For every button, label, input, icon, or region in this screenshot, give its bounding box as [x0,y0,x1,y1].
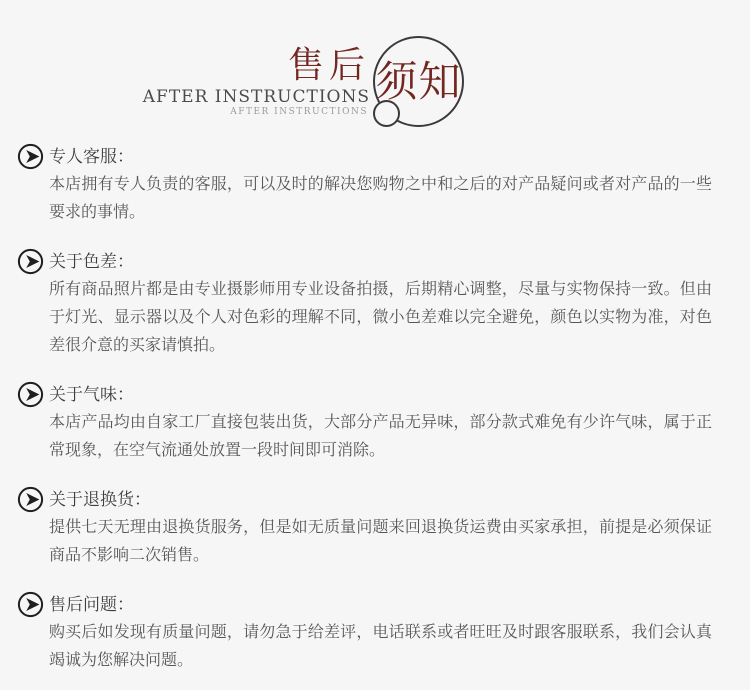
section-heading: 关于退换货： [49,486,712,514]
section-content: 关于气味： 本店产品均由自家工厂直接包装出货，大部分产品无异味，部分款式难免有少… [49,381,712,465]
after-sales-header: 售后 须知 AFTER INSTRUCTIONS AFTER INSTRUCTI… [0,0,750,130]
section-body: 本店拥有专人负责的客服，可以及时的解决您购物之中和之后的对产品疑问或者对产品的一… [49,171,712,227]
section-body: 提供七天无理由退换货服务，但是如无质量问题来回退换货运费由买家承担，前提是必须保… [49,514,712,570]
arrow-right-circle-icon [17,248,44,275]
header-subtitle-en: AFTER INSTRUCTIONS [143,87,370,107]
section-customer-service: 专人客服： 本店拥有专人负责的客服，可以及时的解决您购物之中和之后的对产品疑问或… [17,143,712,227]
arrow-right-circle-icon [17,381,44,408]
header-small-circle-decoration [373,100,400,127]
arrow-right-circle-icon [17,591,44,618]
header-title-cn: 售后 [288,48,370,84]
section-odor: 关于气味： 本店产品均由自家工厂直接包装出货，大部分产品无异味，部分款式难免有少… [17,381,712,465]
header-title-cn-circle: 须知 [375,61,461,103]
after-sales-sections: 专人客服： 本店拥有专人负责的客服，可以及时的解决您购物之中和之后的对产品疑问或… [0,130,750,675]
arrow-right-circle-icon [17,486,44,513]
section-heading: 关于色差： [49,248,712,276]
header-subtitle-en-small: AFTER INSTRUCTIONS [230,107,368,117]
section-body: 所有商品照片都是由专业摄影师用专业设备拍摄，后期精心调整，尽量与实物保持一致。但… [49,276,712,360]
section-body: 购买后如发现有质量问题，请勿急于给差评，电话联系或者旺旺及时跟客服联系，我们会认… [49,619,712,675]
section-content: 关于色差： 所有商品照片都是由专业摄影师用专业设备拍摄，后期精心调整，尽量与实物… [49,248,712,360]
section-content: 售后问题： 购买后如发现有质量问题，请勿急于给差评，电话联系或者旺旺及时跟客服联… [49,591,712,675]
section-content: 关于退换货： 提供七天无理由退换货服务，但是如无质量问题来回退换货运费由买家承担… [49,486,712,570]
section-content: 专人客服： 本店拥有专人负责的客服，可以及时的解决您购物之中和之后的对产品疑问或… [49,143,712,227]
section-heading: 关于气味： [49,381,712,409]
section-body: 本店产品均由自家工厂直接包装出货，大部分产品无异味，部分款式难免有少许气味，属于… [49,409,712,465]
section-after-sales-issues: 售后问题： 购买后如发现有质量问题，请勿急于给差评，电话联系或者旺旺及时跟客服联… [17,591,712,675]
section-heading: 售后问题： [49,591,712,619]
section-returns: 关于退换货： 提供七天无理由退换货服务，但是如无质量问题来回退换货运费由买家承担… [17,486,712,570]
section-color-difference: 关于色差： 所有商品照片都是由专业摄影师用专业设备拍摄，后期精心调整，尽量与实物… [17,248,712,360]
section-heading: 专人客服： [49,143,712,171]
arrow-right-circle-icon [17,143,44,170]
